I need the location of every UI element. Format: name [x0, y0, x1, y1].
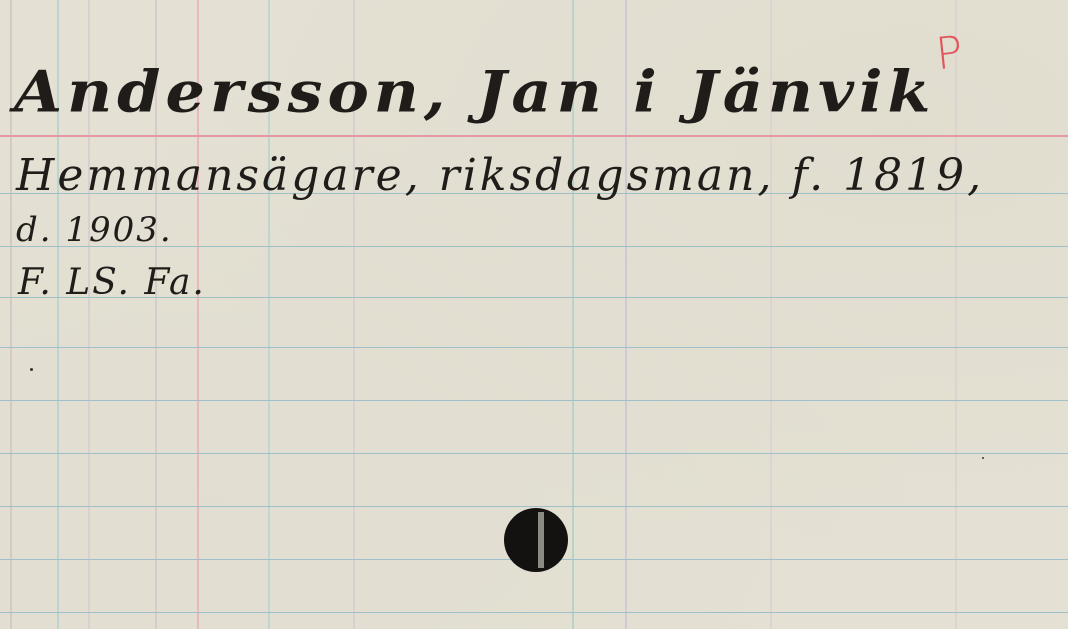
horizontal-rule: [0, 612, 1068, 613]
horizontal-rule: [0, 453, 1068, 454]
punch-hole-rod: [538, 512, 544, 568]
horizontal-rule: [0, 400, 1068, 401]
corner-mark: P: [933, 27, 965, 80]
card-death-line: d. 1903.: [16, 210, 173, 250]
punch-hole-icon: [504, 508, 568, 572]
card-occupation-line: Hemmansägare, riksdagsman, f. 1819,: [16, 150, 984, 201]
ink-speck: [982, 457, 984, 459]
heading-rule: [0, 135, 1068, 137]
vertical-rule: [955, 0, 957, 629]
index-card: Andersson, Jan i Jänvik Hemmansägare, ri…: [0, 0, 1068, 629]
horizontal-rule: [0, 506, 1068, 507]
ink-speck: [30, 368, 33, 371]
vertical-rule: [10, 0, 12, 629]
card-heading: Andersson, Jan i Jänvik: [14, 58, 935, 125]
horizontal-rule: [0, 347, 1068, 348]
card-sources-line: F. LS. Fa.: [18, 262, 206, 303]
